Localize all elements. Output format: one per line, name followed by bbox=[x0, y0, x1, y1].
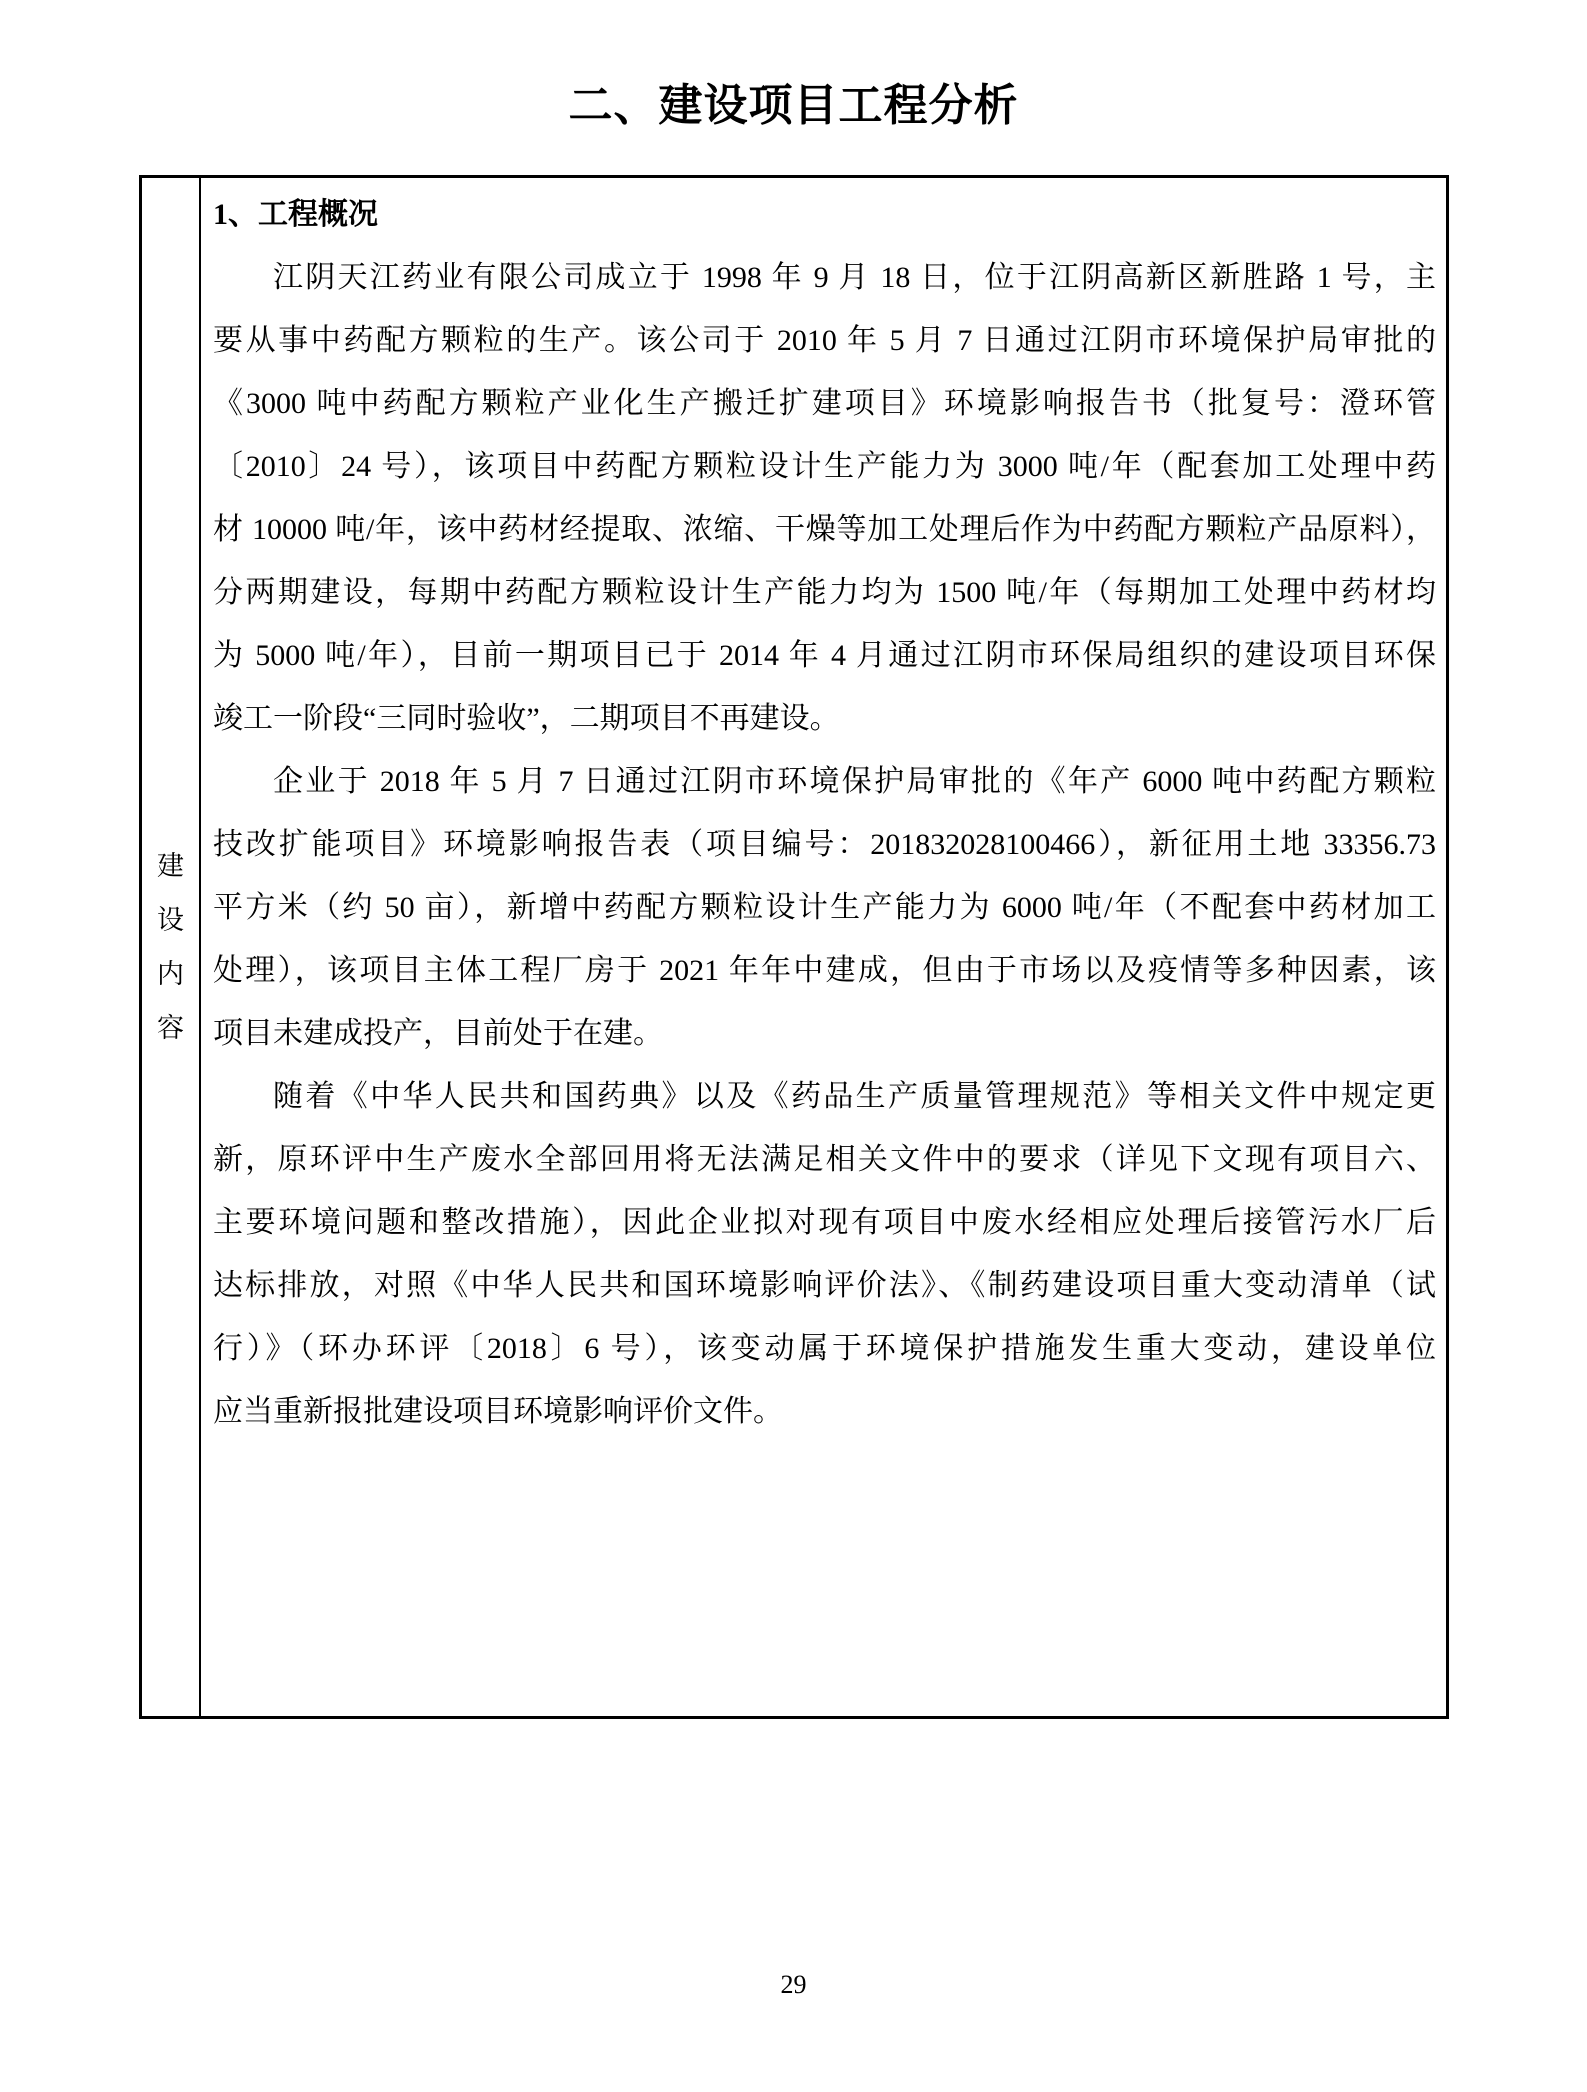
text-line: 达标排放，对照《中华人民共和国环境影响评价法》、《制药建设项目重大变动清单（试 bbox=[213, 1254, 1436, 1317]
text-line: 分两期建设，每期中药配方颗粒设计生产能力均为 1500 吨/年（每期加工处理中药… bbox=[213, 561, 1436, 624]
text-line: 应当重新报批建设项目环境影响评价文件。 bbox=[213, 1380, 1436, 1443]
text-line: 主要环境问题和整改措施），因此企业拟对现有项目中废水经相应处理后接管污水厂后 bbox=[213, 1191, 1436, 1254]
text-line: 为 5000 吨/年），目前一期项目已于 2014 年 4 月通过江阴市环保局组… bbox=[213, 624, 1436, 687]
section-heading: 1、工程概况 bbox=[213, 183, 1436, 246]
row-header-construction-content: 建 设 内 容 bbox=[142, 178, 201, 1716]
text-line: 材 10000 吨/年，该中药材经提取、浓缩、干燥等加工处理后作为中药配方颗粒产… bbox=[213, 498, 1436, 561]
text-line: 技改扩能项目》环境影响报告表（项目编号：201832028100466），新征用… bbox=[213, 813, 1436, 876]
text-line: 江阴天江药业有限公司成立于 1998 年 9 月 18 日，位于江阴高新区新胜路… bbox=[213, 246, 1436, 309]
text-line: 《3000 吨中药配方颗粒产业化生产搬迁扩建项目》环境影响报告书（批复号：澄环管 bbox=[213, 372, 1436, 435]
text-line: 要从事中药配方颗粒的生产。该公司于 2010 年 5 月 7 日通过江阴市环境保… bbox=[213, 309, 1436, 372]
text-line: 行）》（环办环评〔2018〕6 号），该变动属于环境保护措施发生重大变动，建设单… bbox=[213, 1317, 1436, 1380]
paragraph: 企业于 2018 年 5 月 7 日通过江阴市环境保护局审批的《年产 6000 … bbox=[213, 750, 1436, 1065]
content-table: 建 设 内 容 1、工程概况 江阴天江药业有限公司成立于 1998 年 9 月 … bbox=[139, 175, 1449, 1719]
row-header-char: 容 bbox=[157, 1015, 184, 1042]
text-line: 企业于 2018 年 5 月 7 日通过江阴市环境保护局审批的《年产 6000 … bbox=[213, 750, 1436, 813]
page-title: 二、建设项目工程分析 bbox=[0, 82, 1587, 130]
text-line: 竣工一阶段“三同时验收”，二期项目不再建设。 bbox=[213, 687, 1436, 750]
row-header-char: 建 bbox=[157, 853, 184, 880]
text-line: 项目未建成投产，目前处于在建。 bbox=[213, 1002, 1436, 1065]
page-number: 29 bbox=[0, 1970, 1587, 2000]
paragraph: 随着《中华人民共和国药典》以及《药品生产质量管理规范》等相关文件中规定更 新，原… bbox=[213, 1065, 1436, 1443]
text-line: 处理），该项目主体工程厂房于 2021 年年中建成，但由于市场以及疫情等多种因素… bbox=[213, 939, 1436, 1002]
text-line: 新，原环评中生产废水全部回用将无法满足相关文件中的要求（详见下文现有项目六、 bbox=[213, 1128, 1436, 1191]
construction-content-cell: 1、工程概况 江阴天江药业有限公司成立于 1998 年 9 月 18 日，位于江… bbox=[201, 178, 1446, 1716]
text-line: 平方米（约 50 亩），新增中药配方颗粒设计生产能力为 6000 吨/年（不配套… bbox=[213, 876, 1436, 939]
paragraph: 江阴天江药业有限公司成立于 1998 年 9 月 18 日，位于江阴高新区新胜路… bbox=[213, 246, 1436, 750]
row-header-char: 内 bbox=[157, 961, 184, 988]
row-header-char: 设 bbox=[157, 907, 184, 934]
text-line: 随着《中华人民共和国药典》以及《药品生产质量管理规范》等相关文件中规定更 bbox=[213, 1065, 1436, 1128]
text-line: 〔2010〕24 号），该项目中药配方颗粒设计生产能力为 3000 吨/年（配套… bbox=[213, 435, 1436, 498]
